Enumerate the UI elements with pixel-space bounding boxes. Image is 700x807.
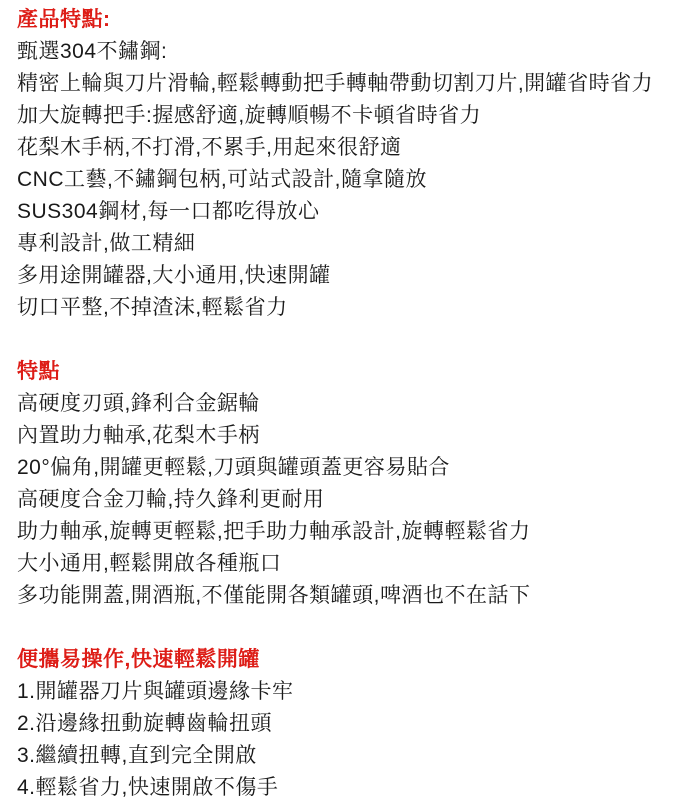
text-line: 2.沿邊緣扭動旋轉齒輪扭頭	[17, 708, 688, 740]
text-line: 大小通用,輕鬆開啟各種瓶口	[17, 548, 688, 580]
text-line: 多功能開蓋,開酒瓶,不僅能開各類罐頭,啤酒也不在話下	[17, 580, 688, 612]
text-line: 甄選304不鏽鋼:	[17, 36, 688, 68]
section-features: 特點高硬度刃頭,鋒利合金鋸輪內置助力軸承,花梨木手柄20°偏角,開罐更輕鬆,刀頭…	[17, 356, 688, 612]
text-line: 20°偏角,開罐更輕鬆,刀頭與罐頭蓋更容易貼合	[17, 452, 688, 484]
text-line: 助力軸承,旋轉更輕鬆,把手助力軸承設計,旋轉輕鬆省力	[17, 516, 688, 548]
text-line: 專利設計,做工精細	[17, 228, 688, 260]
section-product-features: 產品特點:甄選304不鏽鋼:精密上輪與刀片滑輪,輕鬆轉動把手轉軸帶動切割刀片,開…	[17, 4, 688, 324]
section-heading: 產品特點:	[17, 4, 688, 36]
text-line: CNC工藝,不鏽鋼包柄,可站式設計,隨拿隨放	[17, 164, 688, 196]
text-line: 高硬度合金刀輪,持久鋒利更耐用	[17, 484, 688, 516]
product-description-document: 產品特點:甄選304不鏽鋼:精密上輪與刀片滑輪,輕鬆轉動把手轉軸帶動切割刀片,開…	[0, 0, 700, 804]
text-line: SUS304鋼材,每一口都吃得放心	[17, 196, 688, 228]
text-line: 4.輕鬆省力,快速開啟不傷手	[17, 772, 688, 804]
text-line: 精密上輪與刀片滑輪,輕鬆轉動把手轉軸帶動切割刀片,開罐省時省力	[17, 68, 688, 100]
section-heading: 特點	[17, 356, 688, 388]
text-line: 高硬度刃頭,鋒利合金鋸輪	[17, 388, 688, 420]
text-line: 多用途開罐器,大小通用,快速開罐	[17, 260, 688, 292]
text-line: 內置助力軸承,花梨木手柄	[17, 420, 688, 452]
text-line: 切口平整,不掉渣沫,輕鬆省力	[17, 292, 688, 324]
text-line: 加大旋轉把手:握感舒適,旋轉順暢不卡頓省時省力	[17, 100, 688, 132]
text-line: 1.開罐器刀片與罐頭邊緣卡牢	[17, 676, 688, 708]
section-usage-steps: 便攜易操作,快速輕鬆開罐1.開罐器刀片與罐頭邊緣卡牢2.沿邊緣扭動旋轉齒輪扭頭3…	[17, 644, 688, 804]
text-line: 3.繼續扭轉,直到完全開啟	[17, 740, 688, 772]
text-line: 花梨木手柄,不打滑,不累手,用起來很舒適	[17, 132, 688, 164]
section-heading: 便攜易操作,快速輕鬆開罐	[17, 644, 688, 676]
